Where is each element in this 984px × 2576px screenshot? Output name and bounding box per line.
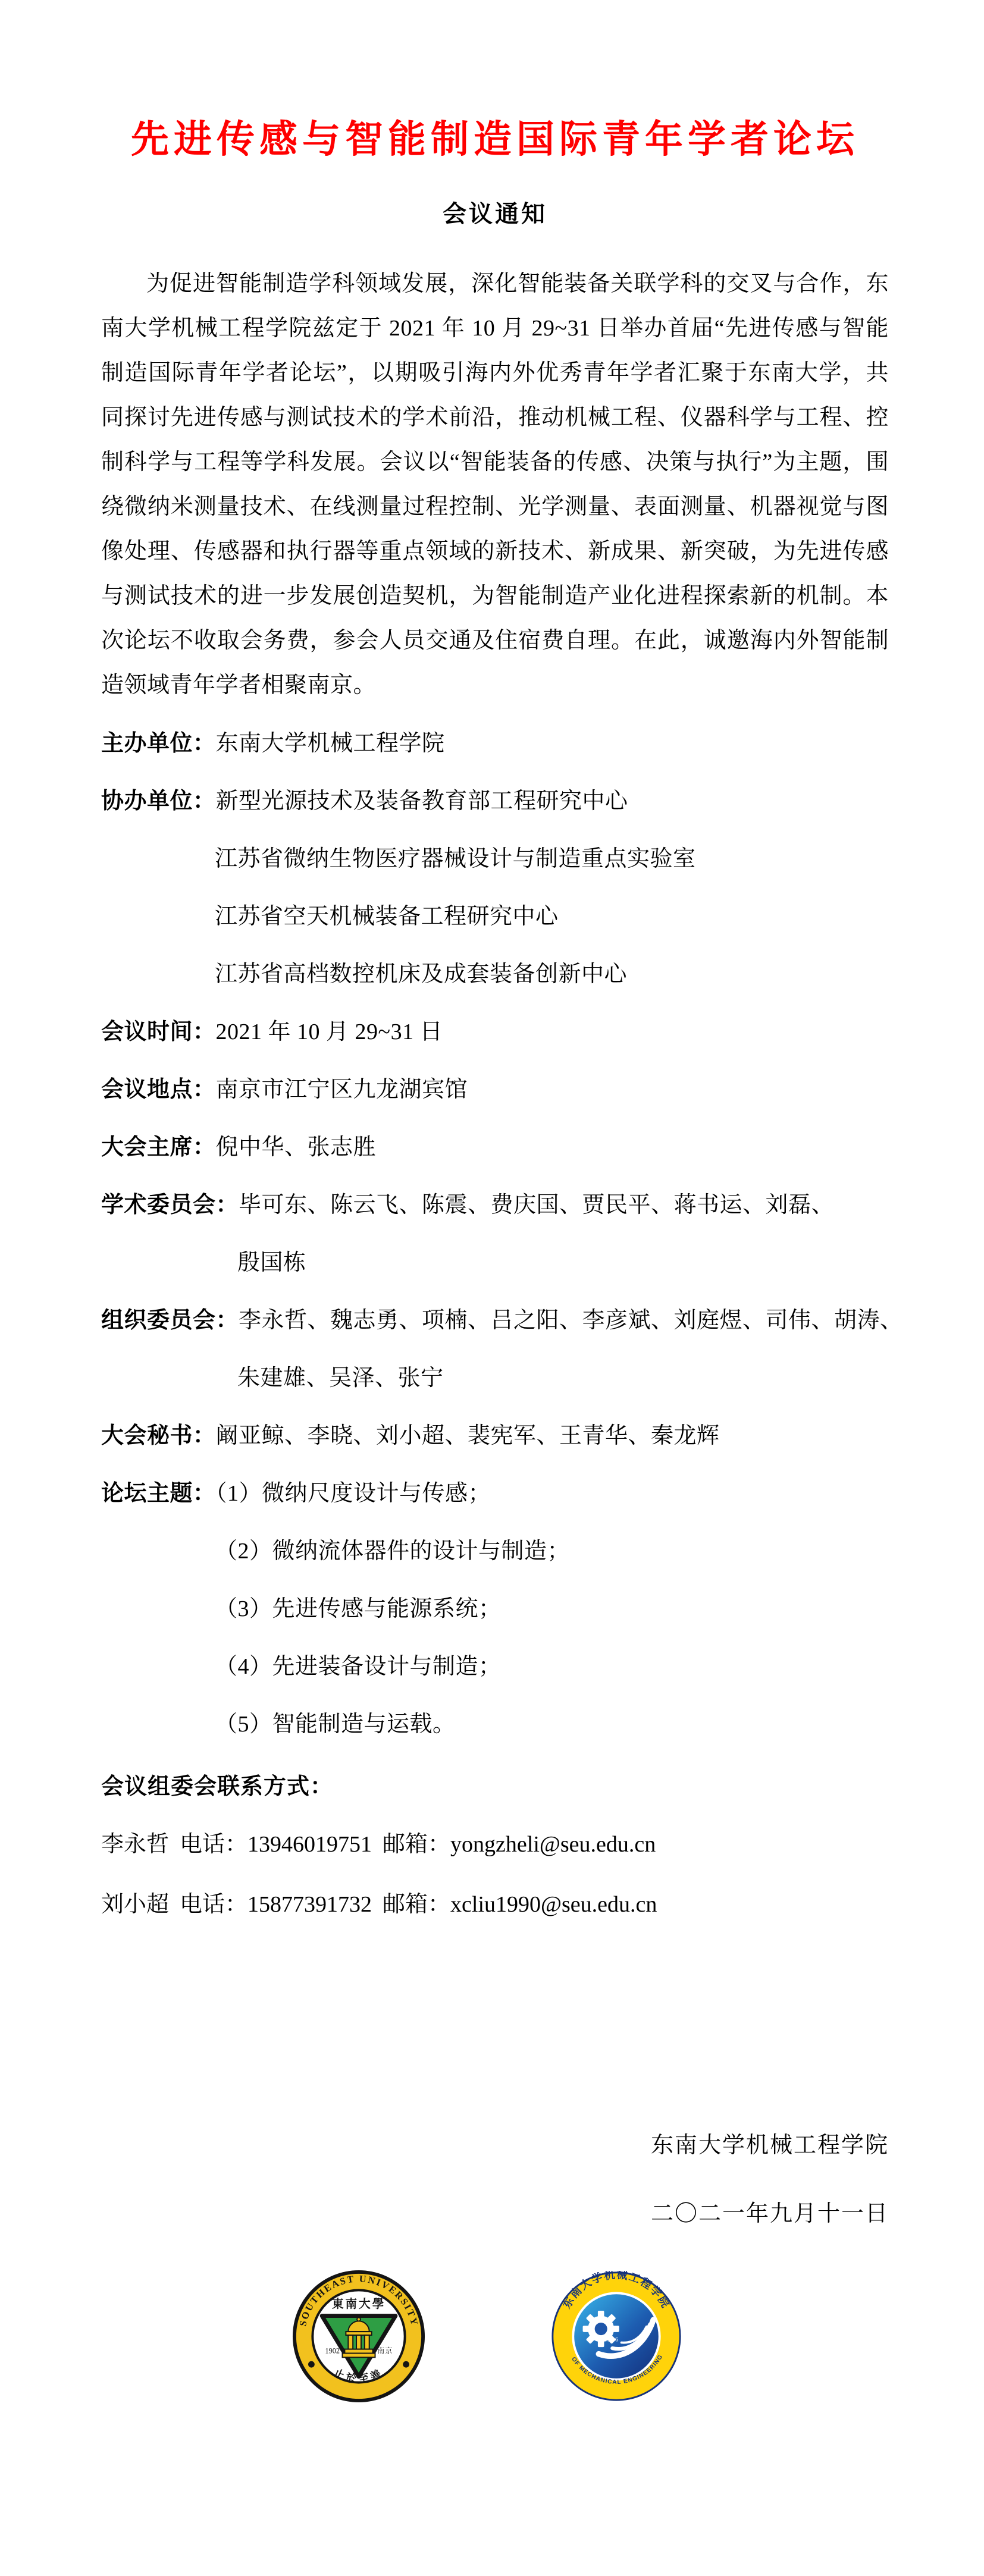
intro-paragraph: 为促进智能制造学科领域发展，深化智能装备关联学科的交叉与合作，东南大学机械工程学… [101, 262, 889, 708]
topics-row-2: （2）微纳流体器件的设计与制造； [101, 1529, 889, 1574]
topic-item: （1）微纳尺度设计与传感； [216, 1481, 491, 1506]
seu-year: 1902 [325, 2346, 340, 2355]
seu-city: 南京 [377, 2346, 393, 2355]
topic-item: （3）先进传感与能源系统； [215, 1596, 502, 1621]
notice-subtitle: 会议通知 [101, 200, 889, 228]
info-row-academic-committee: 学术委员会：毕可东、陈云飞、陈震、费庆国、贾民平、蒋书运、刘磊、 [101, 1183, 889, 1228]
seu-logo-icon: SOUTHEAST UNIVERSITY 東南大學 [292, 2269, 426, 2406]
topic-item: （4）先进装备设计与制造； [215, 1654, 502, 1679]
contact-name: 刘小超 [101, 1892, 169, 1917]
topics-row-5: （5）智能制造与运载。 [101, 1702, 889, 1747]
info-row-organizing-committee: 组织委员会：李永哲、魏志勇、项楠、吕之阳、李彦斌、刘庭煜、司伟、胡涛、 [101, 1298, 889, 1343]
row-value: 毕可东、陈云飞、陈震、费庆国、贾民平、蒋书运、刘磊、 [239, 1193, 834, 1218]
contact-phone-label: 电话： [180, 1892, 247, 1917]
info-row-coorganizer-3: 江苏省空天机械装备工程研究中心 [101, 895, 889, 939]
row-value: 2021 年 10 月 29~31 日 [216, 1019, 443, 1044]
row-value: 李永哲、魏志勇、项楠、吕之阳、李彦斌、刘庭煜、司伟、胡涛、 [239, 1308, 903, 1333]
contact-email-label: 邮箱： [383, 1892, 450, 1917]
info-row-coorganizer-4: 江苏省高档数控机床及成套装备创新中心 [101, 952, 889, 997]
info-row-academic-committee-2: 殷国栋 [101, 1241, 889, 1285]
row-label: 协办单位： [101, 789, 216, 814]
contact-email-label: 邮箱： [383, 1832, 450, 1857]
row-label: 大会秘书： [101, 1423, 216, 1448]
row-label: 会议地点： [101, 1077, 216, 1102]
topics-row-1: 论坛主题：（1）微纳尺度设计与传感； [101, 1471, 889, 1516]
row-value: 东南大学机械工程学院 [216, 731, 445, 756]
row-label: 大会主席： [101, 1135, 216, 1160]
topics-row-4: （4）先进装备设计与制造； [101, 1645, 889, 1689]
info-row-organizing-committee-2: 朱建雄、吴泽、张宁 [101, 1356, 889, 1401]
row-value: 江苏省空天机械装备工程研究中心 [215, 904, 559, 929]
contact-row-2: 刘小超电话：15877391732邮箱：xcliu1990@seu.edu.cn [101, 1882, 889, 1927]
row-label: 组织委员会： [101, 1308, 239, 1333]
topic-item: （5）智能制造与运载。 [215, 1712, 456, 1737]
info-section: 主办单位：东南大学机械工程学院 协办单位：新型光源技术及装备教育部工程研究中心 … [101, 721, 889, 1927]
info-row-time: 会议时间：2021 年 10 月 29~31 日 [101, 1010, 889, 1055]
row-value: 南京市江宁区九龙湖宾馆 [216, 1077, 468, 1102]
conference-title: 先进传感与智能制造国际青年学者论坛 [101, 116, 889, 164]
row-label: 论坛主题： [101, 1481, 216, 1506]
date-line: 二〇二一年九月十一日 [101, 2192, 889, 2236]
info-row-venue: 会议地点：南京市江宁区九龙湖宾馆 [101, 1068, 889, 1112]
contact-email: xcliu1990@seu.edu.cn [450, 1892, 657, 1917]
signature-block: 东南大学机械工程学院 二〇二一年九月十一日 [101, 2123, 889, 2236]
conference-notice-document: 先进传感与智能制造国际青年学者论坛 会议通知 为促进智能制造学科领域发展，深化智… [0, 0, 984, 2576]
topics-row-3: （3）先进传感与能源系统； [101, 1587, 889, 1631]
row-value: 江苏省高档数控机床及成套装备创新中心 [215, 962, 627, 987]
contact-phone-label: 电话： [180, 1832, 247, 1857]
row-value: 殷国栋 [237, 1250, 306, 1275]
seu-cn-name: 東南大學 [332, 2297, 386, 2311]
contact-heading: 会议组委会联系方式： [101, 1765, 889, 1809]
row-value: 江苏省微纳生物医疗器械设计与制造重点实验室 [215, 846, 696, 871]
info-row-host: 主办单位：东南大学机械工程学院 [101, 721, 889, 766]
logo-row: SOUTHEAST UNIVERSITY 東南大學 [101, 2269, 889, 2406]
row-value: 新型光源技术及装备教育部工程研究中心 [216, 789, 628, 814]
contact-phone: 15877391732 [247, 1892, 372, 1917]
info-row-coorganizer: 协办单位：新型光源技术及装备教育部工程研究中心 [101, 779, 889, 824]
row-label: 学术委员会： [101, 1193, 239, 1218]
row-value: 倪中华、张志胜 [216, 1135, 377, 1160]
signature-line: 东南大学机械工程学院 [101, 2123, 889, 2168]
row-label: 会议时间： [101, 1019, 216, 1044]
contact-phone: 13946019751 [247, 1832, 372, 1857]
seu-right-dot [403, 2361, 409, 2368]
info-row-chairs: 大会主席：倪中华、张志胜 [101, 1125, 889, 1170]
contact-email: yongzheli@seu.edu.cn [450, 1832, 656, 1857]
sme-logo-icon: 1916 东南大学机械工程学院 SCHOOL OF MECHANICAL ENG… [551, 2271, 682, 2405]
info-row-coorganizer-2: 江苏省微纳生物医疗器械设计与制造重点实验室 [101, 837, 889, 881]
contact-name: 李永哲 [101, 1832, 169, 1857]
contact-row-1: 李永哲电话：13946019751邮箱：yongzheli@seu.edu.cn [101, 1822, 889, 1867]
row-value: 阚亚鲸、李晓、刘小超、裴宪军、王青华、秦龙辉 [216, 1423, 720, 1448]
row-value: 朱建雄、吴泽、张宁 [237, 1366, 444, 1391]
row-label: 主办单位： [101, 731, 216, 756]
sme-year: 1916 [603, 2336, 619, 2343]
topic-item: （2）微纳流体器件的设计与制造； [215, 1539, 570, 1564]
info-row-secretaries: 大会秘书：阚亚鲸、李晓、刘小超、裴宪军、王青华、秦龙辉 [101, 1414, 889, 1458]
seu-left-dot [308, 2361, 315, 2368]
